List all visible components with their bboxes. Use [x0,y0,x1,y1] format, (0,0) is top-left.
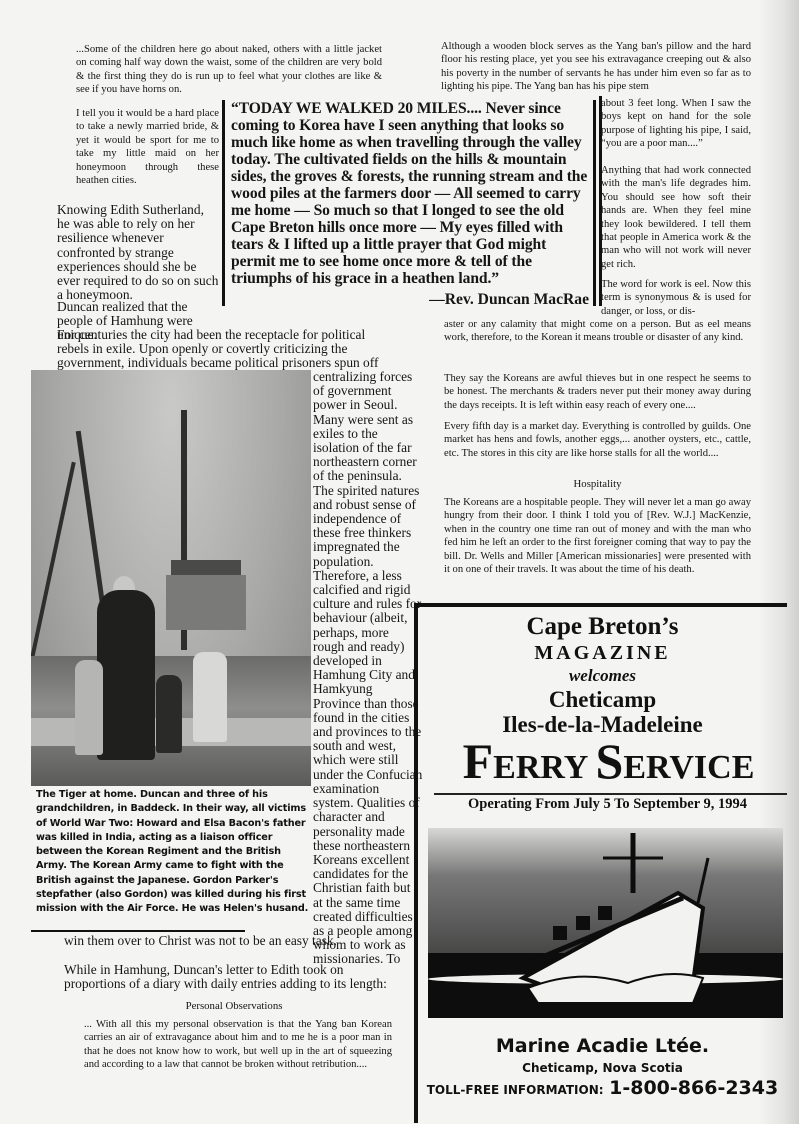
letter-excerpt-thieves: They say the Koreans are awful thieves b… [444,372,751,412]
ad-divider [434,793,787,795]
letter-excerpt-personal: ... With all this my personal observatio… [84,1018,392,1072]
ferry-illustration [428,828,783,1018]
ferry-service-advertisement: Cape Breton’s MAGAZINE welcomes Cheticam… [414,603,787,1123]
pull-quote: “TODAY WE WALKED 20 MILES.... Never sinc… [222,100,596,306]
letter-excerpt-market: Every fifth day is a market day. Everyth… [444,420,751,460]
ad-phone-number: 1-800-866-2343 [609,1077,778,1099]
letter-excerpt-eel: The word for work is eel. Now this term … [601,278,751,318]
ad-magazine: MAGAZINE [418,642,787,665]
ad-welcomes: welcomes [418,666,787,686]
ferry-boat-icon [428,828,783,1018]
body-paragraph-wrap: centralizing forces of government power … [313,370,423,967]
letter-excerpt-hospitality: The Koreans are a hospitable people. The… [444,496,751,576]
child-figure [193,652,227,742]
letter-excerpt-eel-cont: aster or any calamity that might come on… [444,318,751,345]
ad-operating-dates: Operating From July 5 To September 9, 19… [428,796,787,813]
letter-excerpt-children: ...Some of the children here go about na… [76,43,382,97]
child-figure [75,660,103,755]
ad-tollfree-line: TOLL-FREE INFORMATION: 1-800-866-2343 [418,1077,787,1099]
ad-tollfree-label: TOLL-FREE INFORMATION: [427,1083,604,1097]
letter-excerpt-bride: I tell you it would be a hard place to t… [76,107,219,187]
ad-location: Cheticamp, Nova Scotia [418,1061,787,1075]
child-figure [156,675,182,753]
pull-quote-attribution: —Rev. Duncan MacRae [231,291,589,309]
subhead-personal-observations: Personal Observations [64,1000,404,1012]
letter-excerpt-work: Anything that had work connected with th… [601,164,751,271]
ad-company-name: Marine Acadie Ltée. [418,1035,787,1057]
caption-rule [31,930,245,932]
letter-excerpt-pipe: about 3 feet long. When I saw the boys k… [601,97,751,151]
body-paragraph-knowing: Knowing Edith Sutherland, he was able to… [57,203,219,302]
photo-caption: The Tiger at home. Duncan and three of h… [36,788,312,917]
old-man-figure [97,590,155,760]
house [166,575,246,630]
pull-quote-text: “TODAY WE WALKED 20 MILES.... Never sinc… [231,100,589,287]
family-photo [31,370,311,786]
ad-ferry-service-headline: FERRY SERVICE [430,735,787,794]
body-paragraph-win: win them over to Christ was not to be an… [64,934,404,948]
ad-cheticamp: Cheticamp [418,687,787,713]
letter-excerpt-yangban: Although a wooden block serves as the Ya… [441,40,751,94]
body-paragraph-while: While in Hamhung, Duncan's letter to Edi… [64,963,404,991]
tree-trunk [31,462,76,658]
ad-cape-bretons: Cape Breton’s [418,613,787,641]
subhead-hospitality: Hospitality [444,478,751,490]
